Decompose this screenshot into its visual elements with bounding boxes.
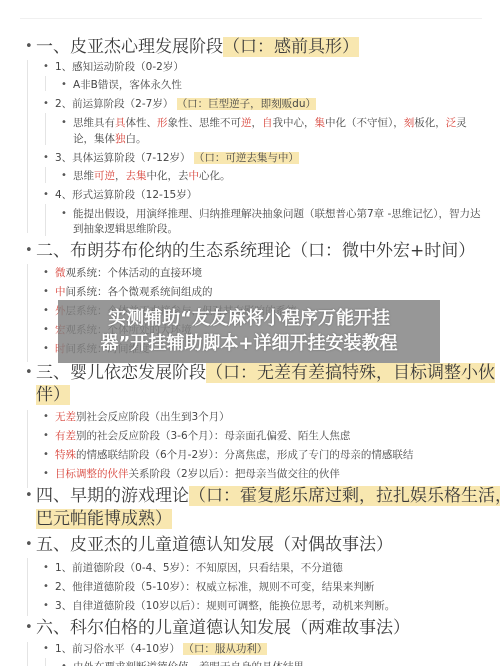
- mnemonic-highlight: 巴元帕能博成熟）: [36, 509, 172, 529]
- list-item: • 特殊的情感联结阶段（6个月-2岁）：分离焦虑，形成了专门的母亲的情感联结: [55, 448, 413, 462]
- bullet-icon: •: [61, 207, 67, 221]
- list-item: • 4、形式运算阶段（12-15岁）: [55, 188, 197, 202]
- indent-guide: [45, 658, 46, 666]
- bullet-icon: •: [43, 60, 49, 74]
- bullet-icon: •: [43, 188, 49, 202]
- indent-guide: [45, 113, 46, 145]
- mnemonic-highlight: （口：无差有差搞特殊，目标调整小伙: [206, 363, 495, 383]
- list-item: • 无差别社会反应阶段（出生到3个月）: [55, 410, 230, 424]
- rich-text-line: 思维具有具体性、形象性、思维不可逆，自我中心，集中化（不守恒），刻板化，泛灵: [73, 117, 467, 129]
- bullet-icon: •: [61, 660, 67, 666]
- section-heading-6: • 六、科尔伯格的儿童道德认知发展（两难故事法）: [36, 617, 410, 639]
- list-item: • 2、前运算阶段（2-7岁） （口：巨型逆子，即刻贩du）: [55, 97, 316, 111]
- mnemonic-highlight: （口：可逆去集与中）: [194, 152, 299, 164]
- bullet-icon: •: [43, 342, 49, 356]
- bullet-icon: •: [43, 429, 49, 443]
- bullet-icon: •: [43, 448, 49, 462]
- indent-guide: [27, 642, 28, 666]
- bullet-icon: •: [25, 36, 33, 58]
- indent-guide: [27, 264, 28, 362]
- banner-line-2: 器”开挂辅助脚本+详细开挂安装教程: [58, 331, 440, 356]
- bullet-icon: •: [25, 362, 33, 384]
- bullet-icon: •: [61, 116, 67, 130]
- bullet-icon: •: [43, 561, 49, 575]
- rich-text-line: 论，集体独白。: [73, 133, 147, 145]
- indent-guide: [27, 60, 28, 233]
- bullet-icon: •: [43, 323, 49, 337]
- bullet-icon: •: [43, 151, 49, 165]
- list-item: • 2、他律道德阶段（5-10岁）：权威立标准，规则不可变，结果来判断: [55, 580, 374, 594]
- bullet-icon: •: [25, 534, 33, 556]
- bullet-icon: •: [43, 642, 49, 656]
- section-heading-4-continuation: 巴元帕能博成熟）: [36, 508, 172, 530]
- section-heading-4: • 四、早期的游戏理论（口：霍复彪乐席过剩，拉扎娱乐格生活，: [36, 485, 500, 507]
- bullet-icon: •: [25, 240, 33, 262]
- list-item: • 3、具体运算阶段（7-12岁） （口：可逆去集与中）: [55, 151, 299, 165]
- overlay-title-banner: 实测辅助“友友麻将小程序万能开挂 器”开挂辅助脚本+详细开挂安装教程: [58, 300, 440, 363]
- mnemonic-highlight: （口：巨型逆子，即刻贩du）: [177, 98, 316, 110]
- list-item: • 有差别的社会反应阶段（3-6个月）：母亲面孔偏爱、陌生人焦虑: [55, 429, 350, 443]
- bullet-icon: •: [43, 467, 49, 481]
- indent-guide: [45, 204, 46, 236]
- bullet-icon: •: [43, 580, 49, 594]
- indent-guide: [45, 167, 46, 183]
- list-item: • 1、感知运动阶段（0-2岁）: [55, 60, 184, 74]
- bullet-icon: •: [43, 410, 49, 424]
- bullet-icon: •: [43, 266, 49, 280]
- rich-text-line: 思维可逆，去集中化，去中心化。: [73, 170, 231, 182]
- banner-line-1: 实测辅助“友友麻将小程序万能开挂: [58, 306, 440, 331]
- indent-guide: [27, 558, 28, 616]
- bullet-icon: •: [43, 285, 49, 299]
- section-heading-2: • 二、布朗芬布伦纳的生态系统理论（口：微中外宏+时间）: [36, 240, 475, 262]
- indent-guide: [27, 410, 28, 488]
- list-item-partial: • 由外在要求判断道德价值，着眼于自身的具体结果: [73, 660, 304, 666]
- list-item-continuation: 到抽象逻辑思维阶段。: [73, 222, 178, 236]
- list-item: • 思维可逆，去集中化，去中心化。: [73, 169, 231, 183]
- bullet-icon: •: [61, 78, 67, 92]
- list-item-continuation: 论，集体独白。: [73, 132, 147, 146]
- list-item: • 思维具有具体性、形象性、思维不可逆，自我中心，集中化（不守恒），刻板化，泛灵: [73, 116, 467, 130]
- list-item: • A非B错误，客体永久性: [73, 78, 182, 92]
- section-heading-3-continuation: 伴）: [36, 384, 70, 406]
- bullet-icon: •: [25, 485, 33, 507]
- list-item: • 3、自律道德阶段（10岁以后）：规则可调整，能换位思考，动机来判断。: [55, 599, 395, 613]
- list-item: • 能提出假设，用演绎推理、归纳推理解决抽象问题（联想普心第7章 -思维记忆），…: [73, 207, 481, 221]
- mnemonic-highlight: （口：服从功利）: [183, 643, 267, 655]
- bullet-icon: •: [43, 304, 49, 318]
- list-item: • 1、前习俗水平（4-10岁） （口：服从功利）: [55, 642, 267, 656]
- list-item: • 1、前道德阶段（0-4、5岁）：不知原因，只看结果，不分道德: [55, 561, 343, 575]
- top-divider: [20, 18, 482, 19]
- list-item: • 目标调整的伙伴关系阶段（2岁以后）：把母亲当做交往的伙伴: [55, 467, 340, 481]
- mnemonic-highlight: （口：霍复彪乐席过剩，拉扎娱乐格生活，: [189, 486, 500, 506]
- section-heading-5: • 五、皮亚杰的儿童道德认知发展（对偶故事法）: [36, 534, 393, 556]
- bullet-icon: •: [43, 97, 49, 111]
- mnemonic-highlight: （口：感前具形）: [223, 37, 359, 57]
- bullet-icon: •: [43, 599, 49, 613]
- indent-guide: [45, 76, 46, 91]
- section-heading-1: • 一、皮亚杰心理发展阶段（口：感前具形）: [36, 36, 359, 58]
- list-item: • 中间系统：各个微观系统间组成的: [55, 285, 213, 299]
- list-item: • 微观系统：个体活动的直接环境: [55, 266, 202, 280]
- bullet-icon: •: [25, 617, 33, 639]
- section-heading-3: • 三、婴儿依恋发展阶段（口：无差有差搞特殊，目标调整小伙: [36, 362, 495, 384]
- mnemonic-highlight: 伴）: [36, 385, 70, 405]
- bullet-icon: •: [61, 169, 67, 183]
